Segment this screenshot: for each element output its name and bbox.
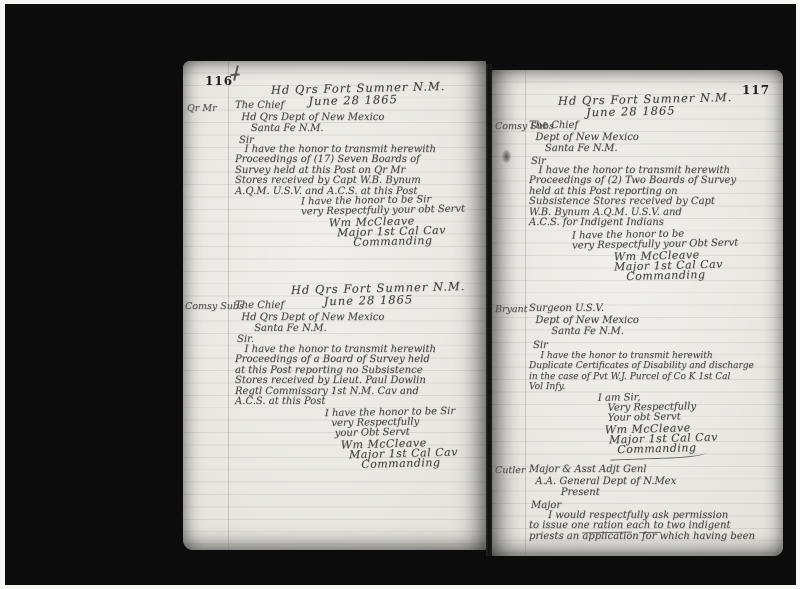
letter-signature: Wm McCleave Major 1st Cal Cav Commanding [329, 215, 447, 247]
ledger-page-117: 117 Hd Qrs Fort Sumner N.M. June 28 1865… [492, 70, 783, 556]
letter-address: The Chief Dept of New Mexico Santa Fe N.… [529, 120, 639, 155]
letter-address: Surgeon U.S.V. Dept of New Mexico Santa … [529, 303, 639, 338]
letter-margin-note: Qr Mr [187, 103, 217, 114]
letter-closing: I have the honor to be Sir very Respectf… [325, 407, 456, 440]
letter-address: Major & Asst Adjt Genl A.A. General Dept… [529, 464, 676, 499]
letter-body: I have the honor to transmit herewithPro… [529, 166, 736, 228]
letter-body: I have the honor to transmit herewithPro… [235, 145, 436, 197]
letter-heading: Hd Qrs Fort Sumner N.M. June 28 1865 [558, 92, 733, 119]
page-number: 117 [742, 83, 770, 97]
letter-address: The Chief Hd Qrs Dept of New Mexico Sant… [235, 300, 384, 335]
letter-body: I have the honor to transmit herewithPro… [235, 345, 436, 407]
letter-margin-note: Cutler [495, 465, 525, 476]
ledger-page-116: 116 Hd Qrs Fort Sumner N.M. June 28 1865… [183, 61, 486, 550]
page-number: 116 [205, 74, 233, 88]
film-background: 116 Hd Qrs Fort Sumner N.M. June 28 1865… [5, 4, 796, 585]
letter-closing: I am Sir, Very Respectfully Your obt Ser… [598, 392, 697, 424]
letter-body: I would respectfully ask permissionto is… [529, 511, 755, 542]
microfilm-scan-viewport: 116 Hd Qrs Fort Sumner N.M. June 28 1865… [0, 0, 800, 589]
letter-body: I have the honor to transmit herewithDup… [529, 351, 754, 393]
letter-signature: Wm McCleaveMajor 1st Cal Cav Commanding [614, 250, 724, 282]
ink-stain [502, 150, 511, 163]
letter-signature: Wm McCleave Major 1st Cal Cav Commanding [341, 437, 459, 469]
letter-margin-note: Bryant [495, 304, 528, 315]
letter-address: The Chief Hd Qrs Dept of New Mexico Sant… [235, 100, 384, 135]
pen-mark [233, 65, 239, 81]
letter-salutation: Sir [533, 340, 548, 351]
